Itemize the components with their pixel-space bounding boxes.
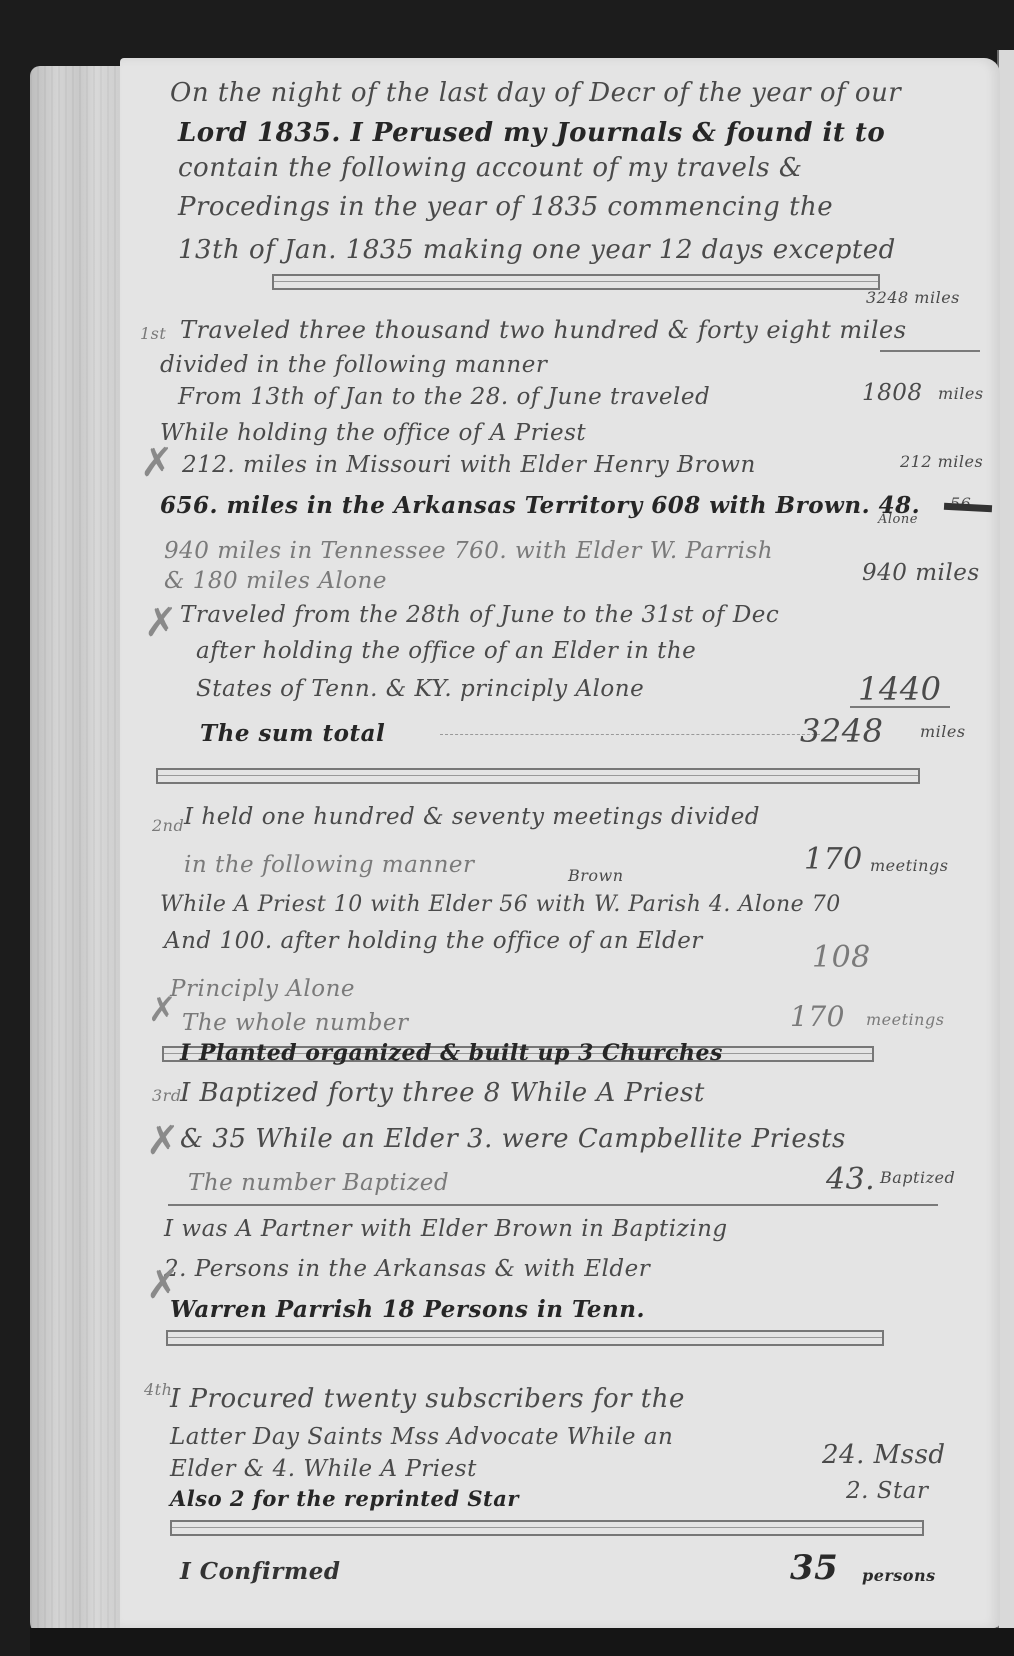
- travels-line-6: 656. miles in the Arkansas Territory 608…: [160, 492, 920, 519]
- travels-line-7-value: 940 miles: [862, 560, 980, 586]
- travels-line-12: The sum total: [200, 720, 385, 747]
- margin-check-mark: ✗: [144, 600, 178, 646]
- travels-line-3-value: 1808: [862, 380, 923, 406]
- intro-line-4: Procedings in the year of 1835 commencin…: [178, 192, 833, 222]
- meetings-line-5: Principly Alone: [170, 976, 355, 1002]
- section-3-number: 3rd: [152, 1086, 182, 1105]
- meetings-line-2-value: 170: [804, 842, 863, 877]
- travels-line-12-value: 3248: [800, 712, 883, 750]
- baptisms-line-3-value: 43.: [826, 1162, 875, 1197]
- meetings-line-6: The whole number: [182, 1010, 408, 1036]
- subscribers-line-3-value: 24. Mssd: [822, 1440, 946, 1470]
- scan-background: [30, 1628, 1014, 1656]
- margin-check-mark: ✗: [140, 440, 174, 486]
- travels-line-10: after holding the office of an Elder in …: [196, 638, 696, 664]
- subscribers-line-3: Elder & 4. While A Priest: [170, 1456, 477, 1482]
- intro-line-5: 13th of Jan. 1835 making one year 12 day…: [178, 235, 896, 265]
- travels-line-4: While holding the office of A Priest: [160, 420, 586, 446]
- travels-line-11-value: 1440: [858, 670, 941, 708]
- section-3-divider: [166, 1330, 884, 1346]
- travels-line-1: Traveled three thousand two hundred & fo…: [180, 316, 907, 344]
- travels-line-11: States of Tenn. & KY. principly Alone: [196, 676, 644, 702]
- subscribers-line-4: Also 2 for the reprinted Star: [170, 1486, 519, 1511]
- travels-line-5: 212. miles in Missouri with Elder Henry …: [182, 452, 756, 478]
- travels-line-12-unit: miles: [920, 722, 966, 741]
- meetings-line-2-unit: meetings: [870, 856, 948, 875]
- subscribers-line-1: I Procured twenty subscribers for the: [170, 1384, 685, 1414]
- baptisms-line-4: I was A Partner with Elder Brown in Bapt…: [164, 1216, 728, 1242]
- meetings-line-3-above: Brown: [568, 866, 624, 885]
- travels-line-8: & 180 miles Alone: [164, 568, 387, 594]
- intro-line-3: contain the following account of my trav…: [178, 153, 803, 183]
- meetings-line-6-value: 170: [790, 1000, 845, 1033]
- margin-check-mark: ✗: [148, 990, 177, 1030]
- meetings-line-3: While A Priest 10 with Elder 56 with W. …: [160, 892, 841, 917]
- section-1-divider: [156, 768, 920, 784]
- meetings-line-7: I Planted organized & built up 3 Churche…: [180, 1040, 723, 1066]
- travels-line-7: 940 miles in Tennessee 760. with Elder W…: [164, 538, 773, 564]
- intro-line-1: On the night of the last day of Decr of …: [170, 78, 901, 108]
- confirmed-value: 35: [790, 1548, 838, 1588]
- subscribers-line-2: Latter Day Saints Mss Advocate While an: [170, 1424, 673, 1450]
- travels-line-6-note: Alone: [878, 512, 918, 527]
- intro-line-2: Lord 1835. I Perused my Journals & found…: [178, 118, 885, 148]
- baptisms-line-6: Warren Parrish 18 Persons in Tenn.: [170, 1296, 645, 1323]
- underline: [168, 1204, 938, 1206]
- travels-line-9: Traveled from the 28th of June to the 31…: [180, 602, 779, 628]
- travels-line-3-unit: miles: [938, 384, 984, 403]
- section-2-number: 2nd: [152, 816, 184, 835]
- travels-line-5-value: 212 miles: [900, 452, 983, 471]
- travels-line-3: From 13th of Jan to the 28. of June trav…: [178, 384, 710, 410]
- travels-line-2: divided in the following manner: [160, 352, 547, 378]
- meetings-line-4: And 100. after holding the office of an …: [164, 928, 703, 954]
- intro-divider: [272, 274, 880, 290]
- meetings-line-2: in the following manner: [184, 852, 475, 878]
- section-4-divider: [170, 1520, 924, 1536]
- margin-check-mark: ✗: [146, 1118, 180, 1164]
- section-1-number: 1st: [140, 324, 166, 343]
- baptisms-line-2: & 35 While an Elder 3. were Campbellite …: [180, 1124, 846, 1154]
- baptisms-line-1: I Baptized forty three 8 While A Priest: [180, 1078, 705, 1108]
- meetings-line-1: I held one hundred & seventy meetings di…: [184, 804, 760, 830]
- section-4-number: 4th: [144, 1380, 172, 1399]
- confirmed-label: I Confirmed: [180, 1558, 340, 1585]
- underline: [880, 350, 980, 352]
- baptisms-line-3: The number Baptized: [188, 1170, 449, 1196]
- confirmed-unit: persons: [862, 1566, 936, 1585]
- underline: [850, 706, 950, 708]
- baptisms-line-3-unit: Baptized: [880, 1168, 955, 1187]
- baptisms-line-5: 2. Persons in the Arkansas & with Elder: [164, 1256, 650, 1282]
- total-miles-margin: 3248 miles: [866, 288, 960, 307]
- subscribers-line-4-value: 2. Star: [846, 1478, 928, 1504]
- meetings-line-6-unit: meetings: [866, 1010, 944, 1029]
- dotted-leader: [440, 734, 820, 735]
- meetings-line-4-value: 108: [812, 940, 871, 975]
